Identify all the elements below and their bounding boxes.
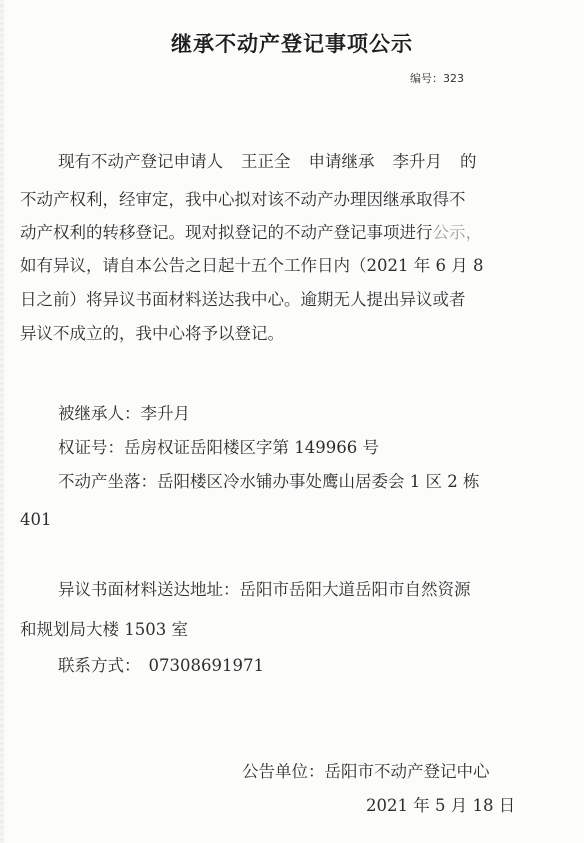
body-text: 的 bbox=[460, 152, 477, 171]
document-title: 继承不动产登记事项公示 bbox=[0, 28, 584, 58]
objection-address-label: 异议书面材料送达地址： bbox=[58, 580, 240, 599]
certificate-label: 权证号： bbox=[58, 438, 124, 457]
body-line-3: 动产权利的转移登记。现对拟登记的不动产登记事项进行公示， bbox=[20, 219, 482, 243]
location-label: 不动产坐落： bbox=[58, 472, 157, 491]
serial-value: 323 bbox=[443, 72, 464, 85]
location-row-continued: 401 bbox=[20, 510, 52, 529]
contact-label: 联系方式： bbox=[58, 656, 141, 675]
applicant-name: 王正全 bbox=[241, 152, 291, 171]
body-line-6: 异议不成立的，我中心将予以登记。 bbox=[20, 320, 284, 344]
decedent-name: 李升月 bbox=[393, 152, 443, 171]
body-line-2: 不动产权利，经审定，我中心拟对该不动产办理因继承取得不 bbox=[20, 186, 466, 210]
serial-label: 编号： bbox=[410, 72, 443, 85]
scan-edge bbox=[0, 0, 4, 843]
objection-address-continued: 和规划局大楼 1503 室 bbox=[20, 616, 188, 640]
issue-date: 2021 年 5 月 18 日 bbox=[366, 792, 515, 816]
location-value: 岳阳楼区冷水铺办事处鹰山居委会 1 区 2 栋 bbox=[157, 472, 479, 491]
body-line-5: 日之前）将异议书面材料送达我中心。逾期无人提出异议或者 bbox=[20, 286, 466, 310]
objection-address-row: 异议书面材料送达地址：岳阳市岳阳大道岳阳市自然资源 bbox=[58, 576, 471, 600]
objection-address-value: 岳阳市岳阳大道岳阳市自然资源 bbox=[240, 580, 471, 599]
decedent-row: 被继承人：李升月 bbox=[58, 400, 190, 424]
issuer-value: 岳阳市不动产登记中心 bbox=[325, 762, 490, 781]
body-text-faint: 公示， bbox=[433, 223, 483, 242]
body-text: 动产权利的转移登记。现对拟登记的不动产登记事项进行 bbox=[20, 223, 433, 242]
certificate-value: 岳房权证岳阳楼区字第 149966 号 bbox=[124, 438, 379, 457]
body-text: 申请继承 bbox=[309, 152, 375, 171]
decedent-label: 被继承人： bbox=[58, 404, 141, 423]
body-line-1: 现有不动产登记申请人王正全申请继承李升月的 bbox=[58, 148, 477, 172]
decedent-value: 李升月 bbox=[141, 404, 191, 423]
issuer-label: 公告单位： bbox=[242, 762, 325, 781]
body-text: 现有不动产登记申请人 bbox=[58, 152, 223, 171]
certificate-row: 权证号：岳房权证岳阳楼区字第 149966 号 bbox=[58, 434, 379, 458]
serial-number: 编号：323 bbox=[410, 70, 464, 86]
location-row: 不动产坐落：岳阳楼区冷水铺办事处鹰山居委会 1 区 2 栋 bbox=[58, 468, 479, 492]
issuer-row: 公告单位：岳阳市不动产登记中心 bbox=[242, 758, 490, 782]
contact-phone: 07308691971 bbox=[149, 656, 264, 675]
contact-row: 联系方式：07308691971 bbox=[58, 652, 264, 676]
body-line-4: 如有异议，请自本公告之日起十五个工作日内（2021 年 6 月 8 bbox=[20, 252, 483, 276]
